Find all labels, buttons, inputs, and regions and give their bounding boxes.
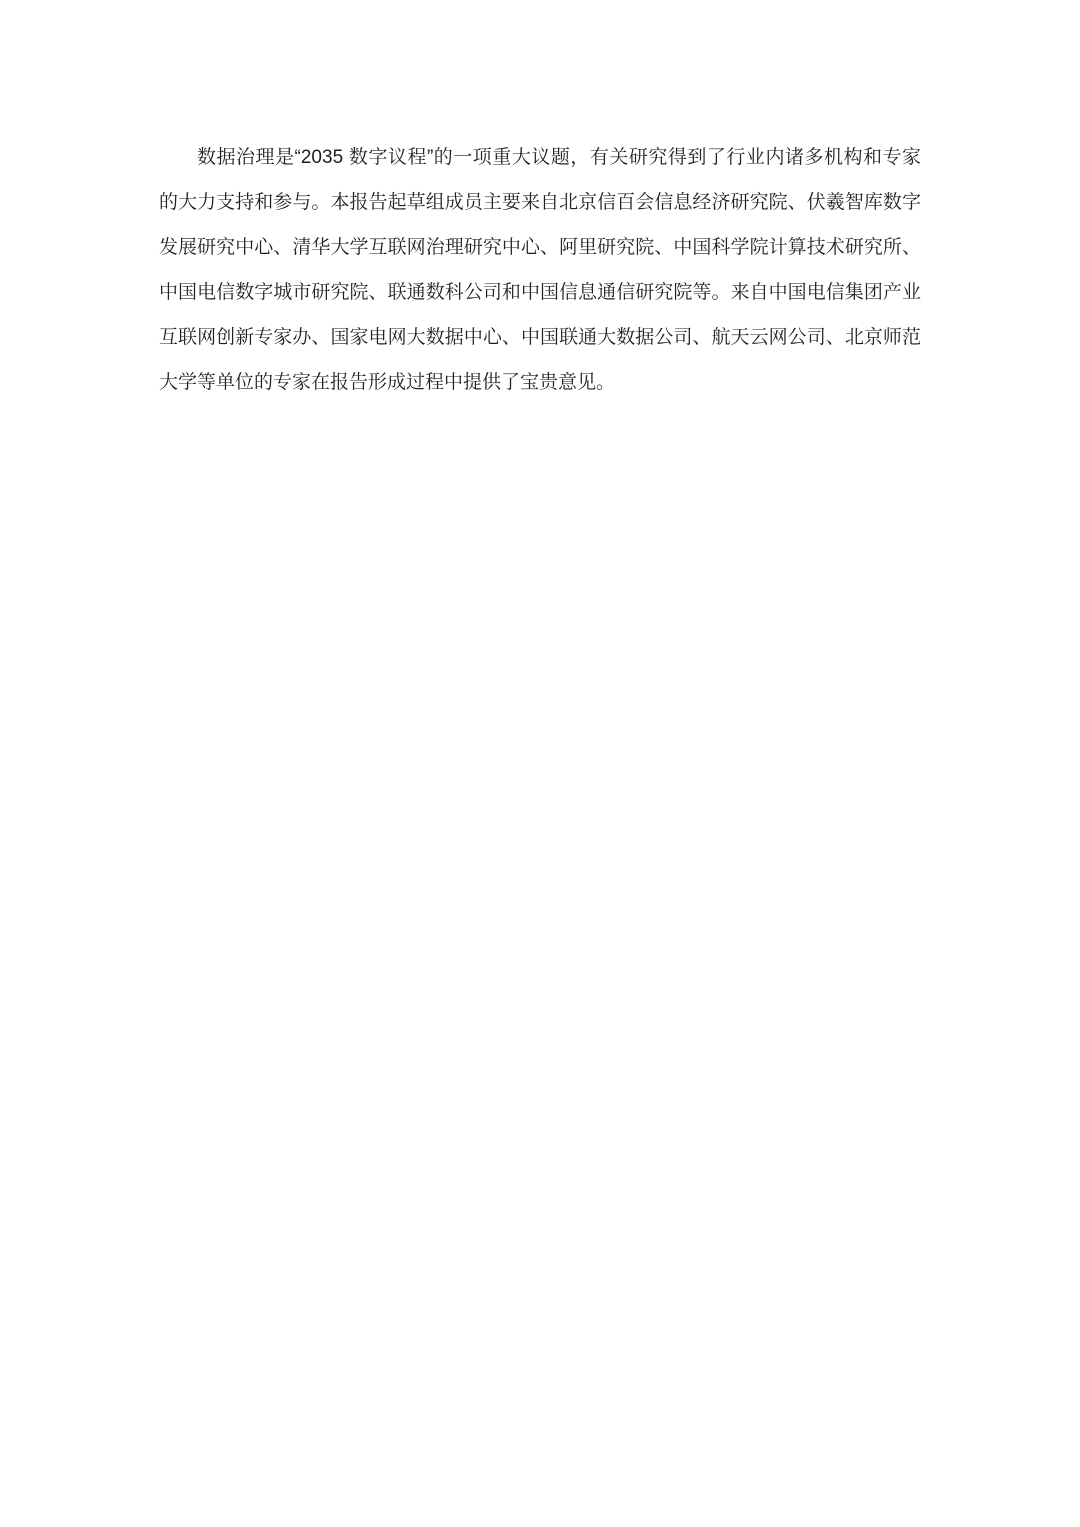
paragraph-line: 大学等单位的专家在报告形成过程中提供了宝贵意见。: [159, 360, 921, 405]
paragraph-line: 数据治理是“2035 数字议程”的一项重大议题，有关研究得到了行业内诸多机构和专…: [159, 135, 921, 180]
paragraph-line: 发展研究中心、清华大学互联网治理研究中心、阿里研究院、中国科学院计算技术研究所、: [159, 225, 921, 270]
paragraph-line: 中国电信数字城市研究院、联通数科公司和中国信息通信研究院等。来自中国电信集团产业: [159, 270, 921, 315]
paragraph-line: 互联网创新专家办、国家电网大数据中心、中国联通大数据公司、航天云网公司、北京师范: [159, 315, 921, 360]
paragraph-line: 的大力支持和参与。本报告起草组成员主要来自北京信百会信息经济研究院、伏羲智库数字: [159, 180, 921, 225]
acknowledgement-paragraph: 数据治理是“2035 数字议程”的一项重大议题，有关研究得到了行业内诸多机构和专…: [159, 135, 921, 405]
document-page: 数据治理是“2035 数字议程”的一项重大议题，有关研究得到了行业内诸多机构和专…: [0, 0, 1080, 1527]
